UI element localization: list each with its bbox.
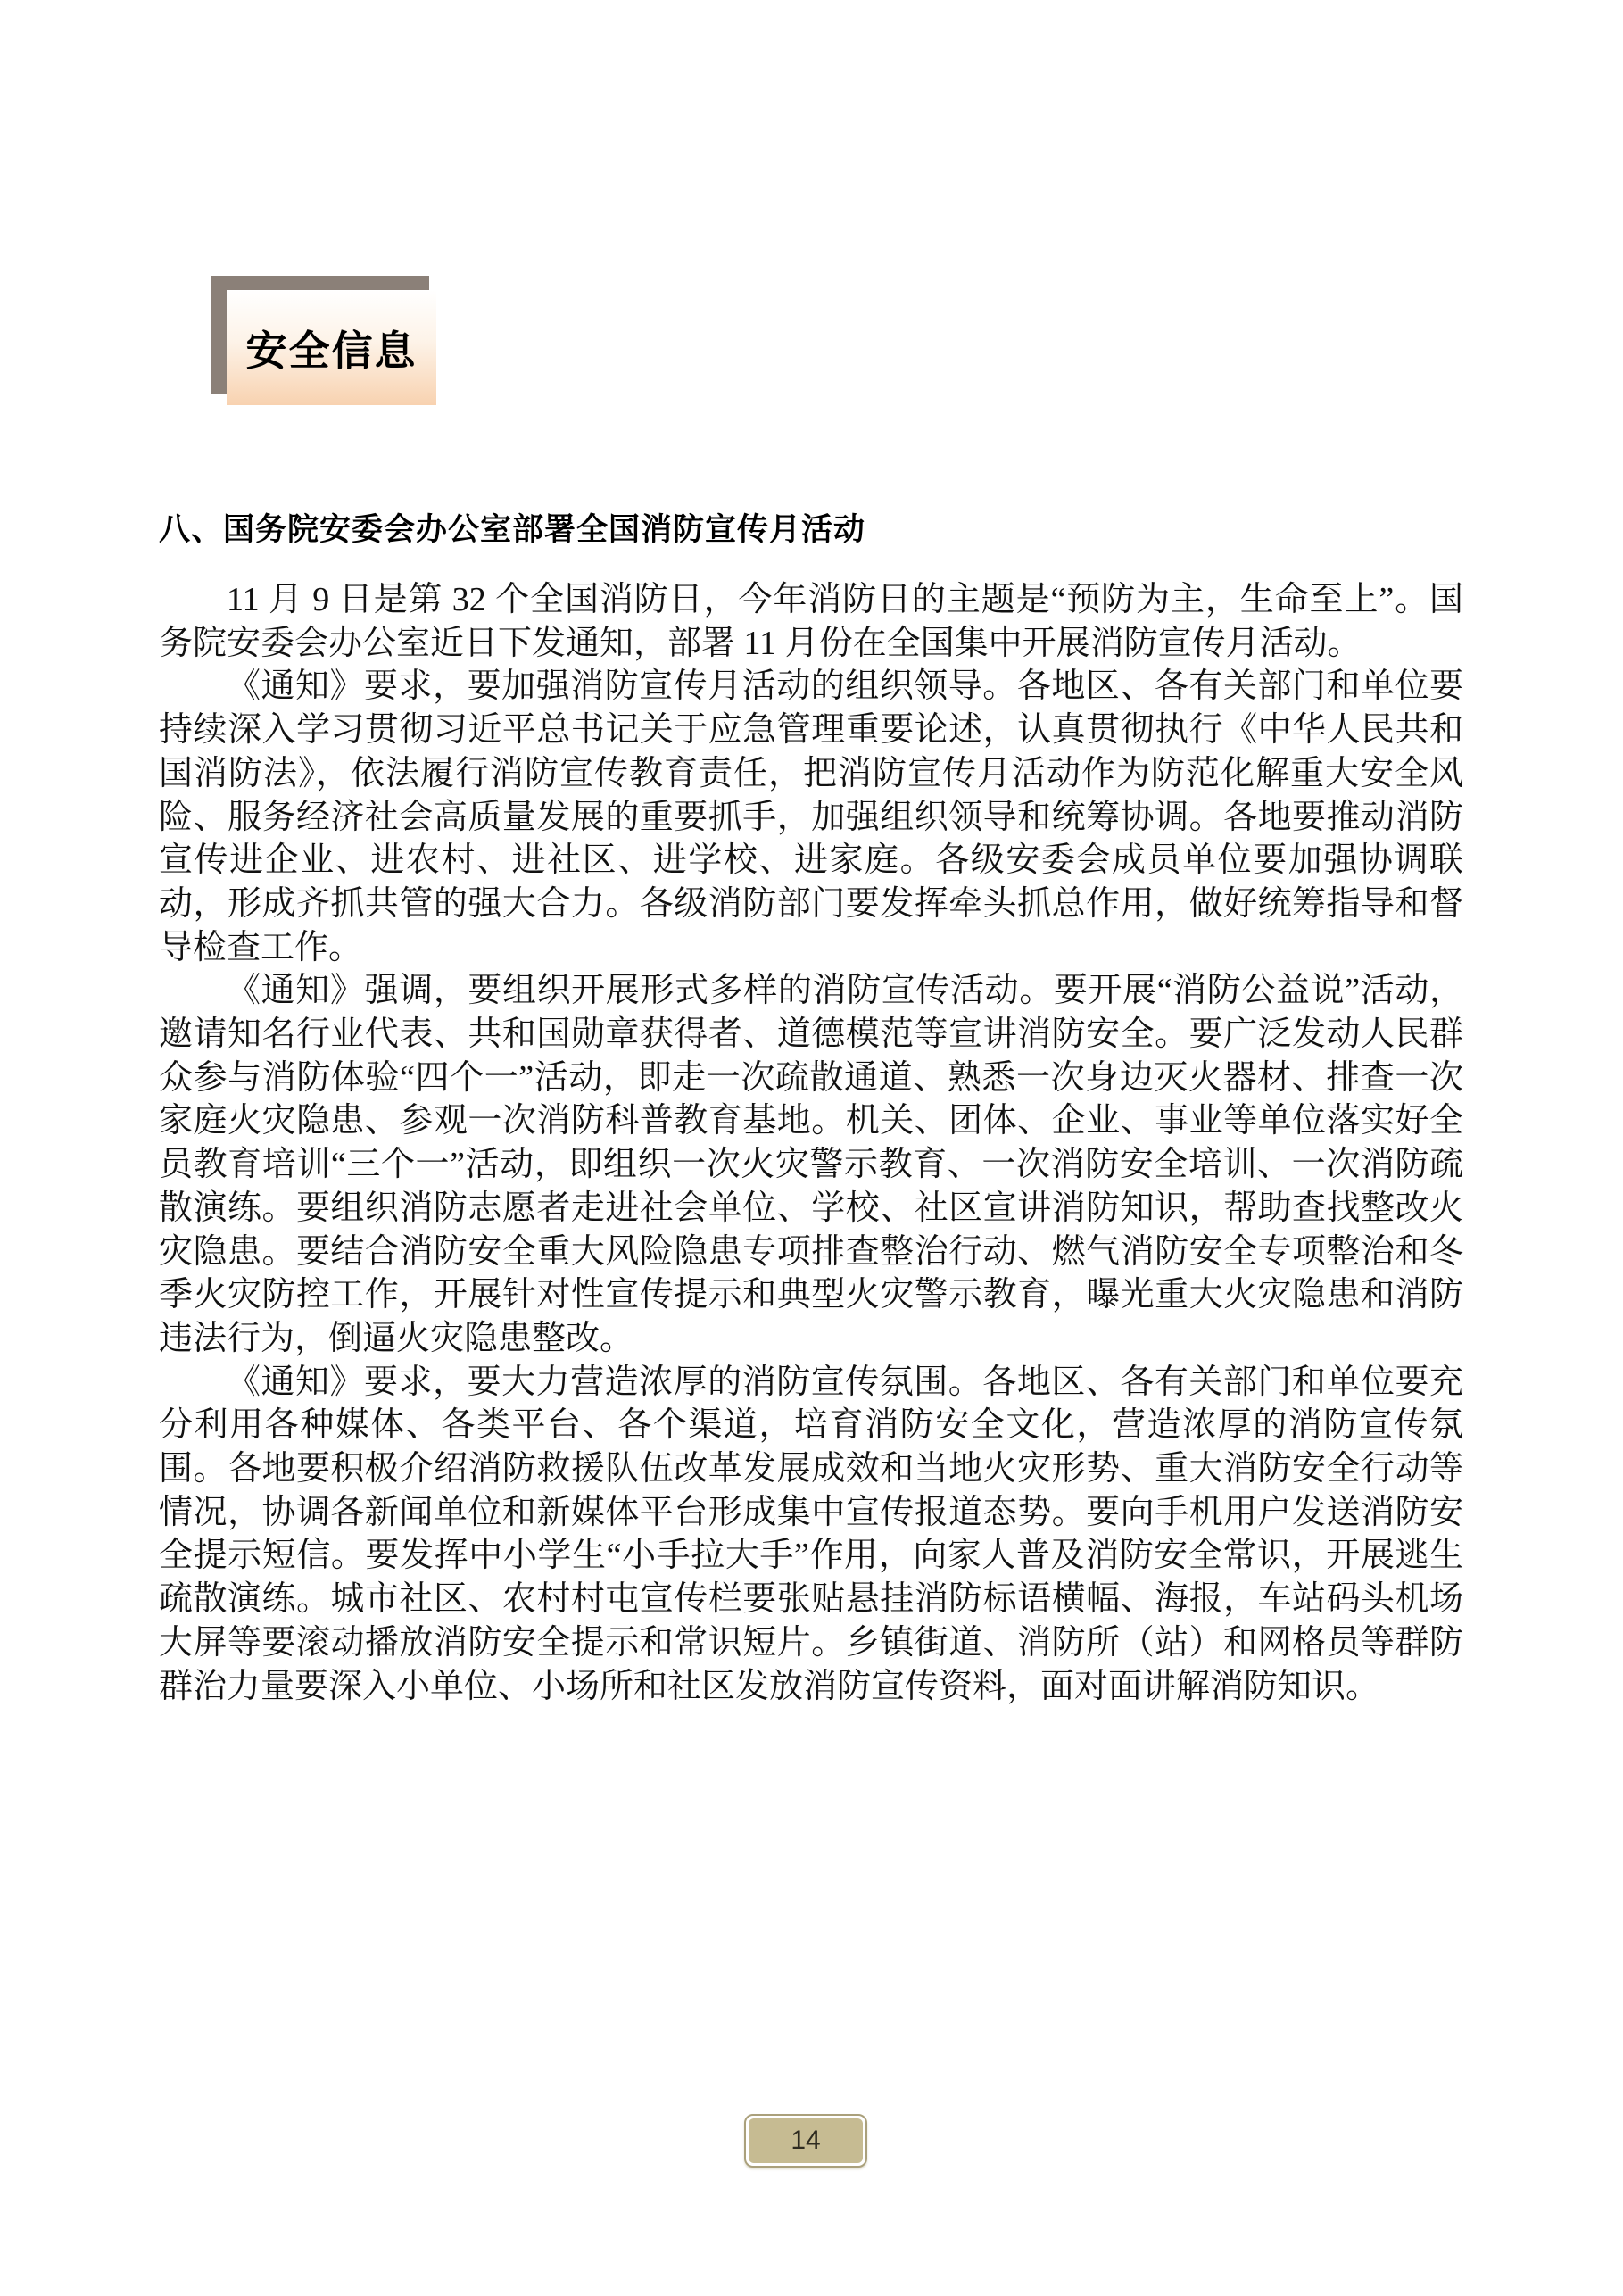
document-page: 安全信息 八、国务院安委会办公室部署全国消防宣传月活动 11 月 9 日是第 3… [0, 0, 1623, 2296]
page-number-box: 14 [744, 2114, 867, 2168]
page-number-inner: 14 [749, 2118, 863, 2163]
badge-label: 安全信息 [246, 319, 418, 377]
paragraph-1: 11 月 9 日是第 32 个全国消防日，今年消防日的主题是“预防为主，生命至上… [159, 578, 1463, 665]
badge-box: 安全信息 [227, 290, 436, 405]
section-heading: 八、国务院安委会办公室部署全国消防宣传月活动 [159, 505, 1463, 550]
paragraph-4: 《通知》要求，要大力营造浓厚的消防宣传氛围。各地区、各有关部门和单位要充分利用各… [159, 1361, 1463, 1709]
page-number: 14 [791, 2126, 820, 2156]
section-badge: 安全信息 [211, 276, 445, 408]
article-body: 11 月 9 日是第 32 个全国消防日，今年消防日的主题是“预防为主，生命至上… [159, 578, 1463, 1708]
paragraph-2: 《通知》要求，要加强消防宣传月活动的组织领导。各地区、各有关部门和单位要持续深入… [159, 665, 1463, 969]
paragraph-3: 《通知》强调，要组织开展形式多样的消防宣传活动。要开展“消防公益说”活动，邀请知… [159, 969, 1463, 1360]
